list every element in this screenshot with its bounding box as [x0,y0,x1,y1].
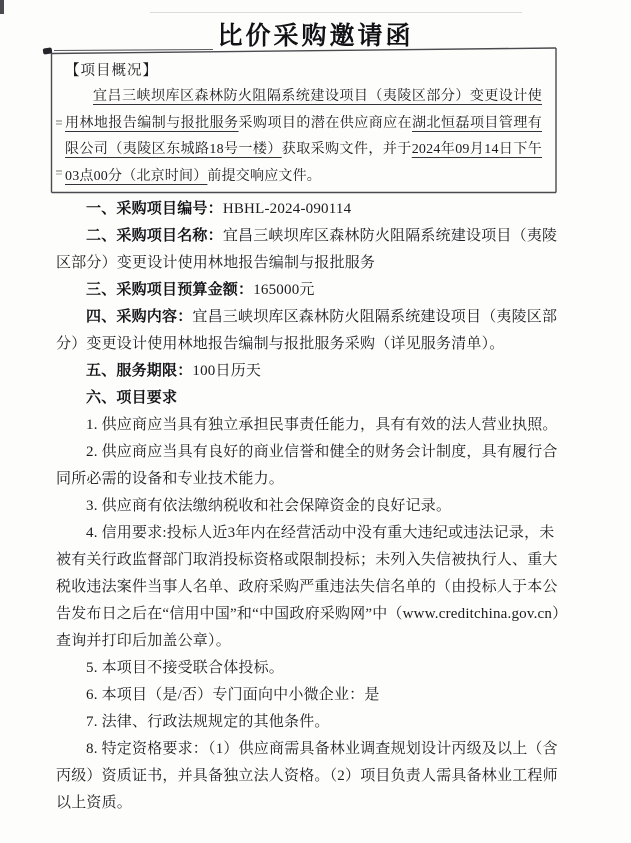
item-label: 五、服务期限： [86,363,192,379]
overview-paragraph: 宜吕三峡坝库区森林防火阻隔系统建设项目（夷陵区部分）变更设计使用林地报告编制与报… [65,84,542,190]
overview-segment: 采购项目的潜在供应商应在 [239,116,413,131]
requirement-paragraph: 3. 供应商有依法缴纳税收和社会保障资金的良好记录。 [56,493,561,520]
document-page: 比价采购邀请函 【项目概况】 宜吕三峡坝库区森林防火阻隔系统建设项目（夷陵区部分… [0,0,631,843]
scan-faint-line [150,12,522,13]
requirement-paragraph: 2. 供应商应当具有良好的商业信誉和健全的财务会计制度，具有履行合同所必需的设备… [56,439,561,493]
item-row: 三、采购项目预算金额：165000元 [56,277,561,304]
item-row: 五、服务期限：100日历天 [56,358,561,385]
item-label: 四、采购内容： [86,309,192,325]
document-title: 比价采购邀请函 [0,16,631,52]
requirement-paragraph: 8. 特定资格要求：（1）供应商需具备林业调查规划设计丙级及以上（含丙级）资质证… [56,736,561,817]
item-label: 一、采购项目编号： [86,201,223,217]
item-value: 165000元 [253,282,314,298]
scan-edge-artifact [0,0,4,14]
requirement-paragraph: 1. 供应商应当具有独立承担民事责任能力，具有有效的法人营业执照。 [56,412,561,439]
requirement-paragraph: 5. 本项目不接受联合体投标。 [56,655,561,682]
item-value: 100日历天 [192,363,261,379]
item-row: 六、项目要求 [56,385,561,412]
overview-segment: 前提交响应文件。 [207,169,321,184]
overview-box: 【项目概况】 宜吕三峡坝库区森林防火阻隔系统建设项目（夷陵区部分）变更设计使用林… [51,51,556,192]
item-row: 一、采购项目编号：HBHL-2024-090114 [56,196,561,223]
overview-segment: 获取采购文件，并于 [282,142,412,157]
item-value: HBHL-2024-090114 [223,201,351,217]
item-label: 二、采购项目名称： [86,228,223,244]
document-body: 一、采购项目编号：HBHL-2024-090114二、采购项目名称：宜昌三峡坝库… [56,196,561,817]
requirement-paragraph: 6. 本项目（是/否）专门面向中小微企业：是 [56,682,561,709]
requirement-paragraph: 4. 信用要求:投标人近3年内在经营活动中没有重大违纪或违法记录，未被有关行政监… [56,520,561,655]
requirement-paragraph: 7. 法律、行政法规规定的其他条件。 [56,709,561,736]
item-row: 四、采购内容：宜昌三峡坝库区森林防火阻隔系统建设项目（夷陵区部分）变更设计使用林… [56,304,561,358]
item-label: 六、项目要求 [86,390,177,406]
item-label: 三、采购项目预算金额： [86,282,253,298]
item-row: 二、采购项目名称：宜昌三峡坝库区森林防火阻隔系统建设项目（夷陵区部分）变更设计使… [56,223,561,277]
overview-heading: 【项目概况】 [65,58,542,84]
